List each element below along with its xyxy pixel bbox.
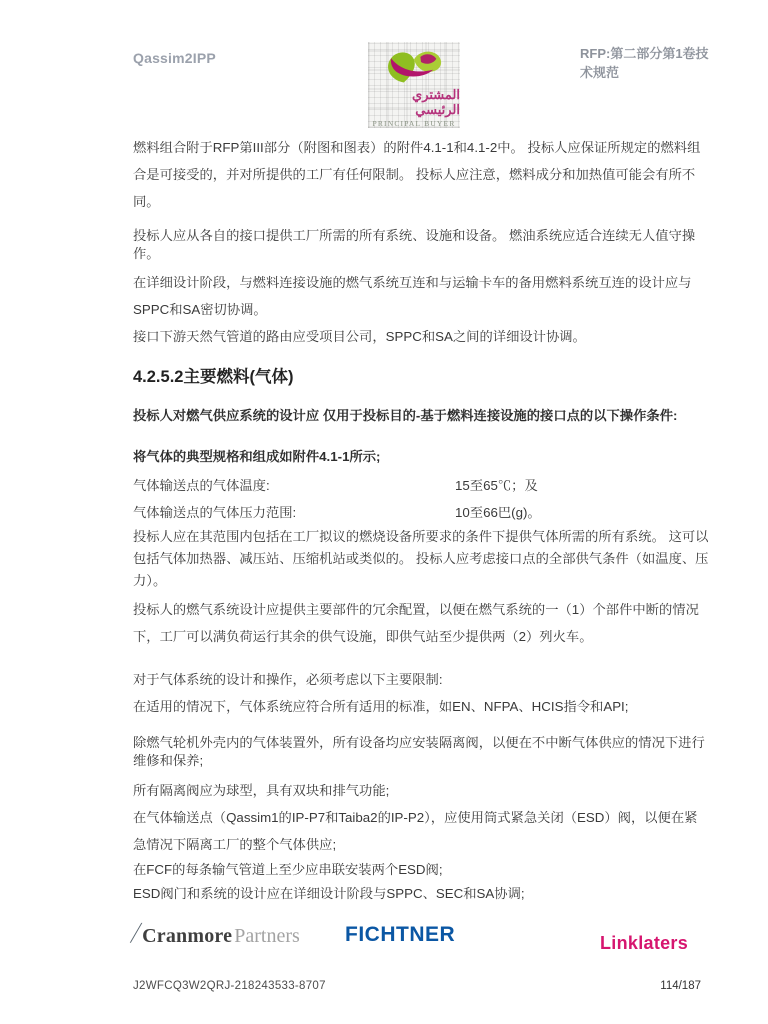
header-doc-reference: RFP:第二部分第1卷技术规范 [580, 44, 712, 82]
document-id: J2WFCQ3W2QRJ-218243533-8707 [133, 980, 326, 992]
document-page: Qassim2IPP المشتري الرئيسي PRINCIPAL BUY… [0, 0, 768, 1024]
spec-row: 气体输送点的气体压力范围: 10至66巴(g)。 [133, 499, 709, 526]
logo-swirl-icon [374, 48, 454, 85]
spec-label: 气体输送点的气体压力范围: [133, 499, 455, 526]
cranmore-partners-logo: /CranmorePartners [133, 922, 300, 948]
paragraph: ESD阀门和系统的设计应在详细设计阶段与SPPC、SEC和SA协调; [133, 882, 709, 906]
cranmore-logo-text: Cranmore [142, 925, 232, 947]
footer-logos: /CranmorePartners FICHTNER Linklaters [0, 912, 768, 962]
spec-value: 15至65℃；及 [455, 472, 709, 499]
paragraph: 除燃气轮机外壳内的气体装置外，所有设备均应安装隔离阀，以便在不中断气体供应的情况… [133, 734, 709, 770]
section-heading: 4.2.5.2主要燃料(气体) [133, 364, 709, 390]
paragraph: 投标人应从各自的接口提供工厂所需的所有系统、设施和设备。 燃油系统应适合连续无人… [133, 227, 709, 263]
paragraph: 接口下游天然气管道的路由应受项目公司，SPPC和SA之间的详细设计协调。 [133, 323, 709, 350]
spec-row: 气体输送点的气体温度: 15至65℃；及 [133, 472, 709, 499]
paragraph: 在详细设计阶段，与燃料连接设施的燃气系统互连和与运输卡车的备用燃料系统互连的设计… [133, 269, 709, 323]
paragraph: 在FCF的每条输气管道上至少应串联安装两个ESD阀; [133, 858, 709, 882]
fichtner-logo: FICHTNER [345, 923, 455, 947]
header-project-name: Qassim2IPP [133, 50, 216, 66]
page-number: 114/187 [660, 980, 701, 992]
logo-english-text: PRINCIPAL BUYER [372, 119, 455, 128]
paragraph: 所有隔离阀应为球型，具有双块和排气功能; [133, 777, 709, 804]
principal-buyer-logo: المشتري الرئيسي PRINCIPAL BUYER [368, 42, 460, 128]
paragraph: 在适用的情况下，气体系统应符合所有适用的标准，如EN、NFPA、HCIS指令和A… [133, 693, 709, 720]
paragraph: 投标人的燃气系统设计应提供主要部件的冗余配置，以便在燃气系统的一（1）个部件中断… [133, 596, 709, 650]
footer-line: J2WFCQ3W2QRJ-218243533-8707 114/187 [133, 980, 701, 992]
document-body: 燃料组合附于RFP第III部分（附图和图表）的附件4.1-1和4.1-2中。 投… [133, 134, 709, 906]
partners-logo-text: Partners [234, 925, 300, 947]
paragraph: 燃料组合附于RFP第III部分（附图和图表）的附件4.1-1和4.1-2中。 投… [133, 134, 709, 215]
spec-value: 10至66巴(g)。 [455, 499, 709, 526]
paragraph: 投标人应在其范围内包括在工厂拟议的燃烧设备所要求的条件下提供气体所需的所有系统。… [133, 526, 709, 592]
paragraph: 对于气体系统的设计和操作，必须考虑以下主要限制: [133, 666, 709, 693]
linklaters-logo: Linklaters [600, 933, 688, 954]
paragraph-bold: 将气体的典型规格和组成如附件4.1-1所示; [133, 443, 709, 470]
paragraph: 在气体输送点（Qassim1的IP-P7和Taiba2的IP-P2），应使用筒式… [133, 804, 709, 858]
spec-label: 气体输送点的气体温度: [133, 472, 455, 499]
logo-arabic-text: المشتري الرئيسي [368, 87, 460, 117]
paragraph-bold: 投标人对燃气供应系统的设计应 仅用于投标目的-基于燃料连接设施的接口点的以下操作… [133, 402, 709, 429]
